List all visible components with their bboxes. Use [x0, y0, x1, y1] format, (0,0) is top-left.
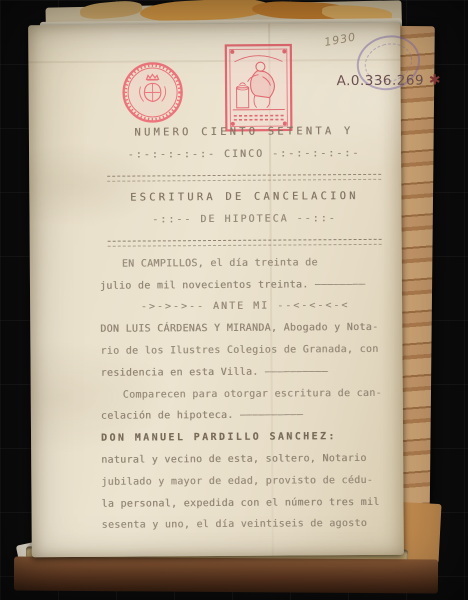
doc-number-heading: NUMERO CIENTO SETENTA Y [99, 121, 389, 145]
typed-line: jubilado y mayor de edad, provisto de cé… [101, 470, 391, 494]
crown-seal-icon [120, 60, 184, 124]
typed-line: la personal, expedida con el número tres… [101, 491, 391, 515]
serial-number: A.0.336.269 ✱ [336, 72, 441, 89]
typed-line: rio de los Ilustres Colegios de Granada,… [100, 339, 390, 363]
typed-line: celación de hipoteca. —————————— [101, 404, 391, 428]
typed-line: EN CAMPILLOS, el día treinta de [100, 252, 390, 276]
typed-line: Comparecen para otorgar escritura de can… [101, 382, 391, 406]
page-fold-crease [28, 59, 400, 64]
typed-line: natural y vecino de esta, soltero, Notar… [101, 448, 391, 472]
fiscal-stamp-icon [224, 43, 293, 131]
typed-rule [100, 230, 390, 254]
typed-line: residencia en esta Villa. —————————— [101, 361, 391, 385]
pencil-year-note: 1930 [323, 30, 357, 49]
title-escritura: ESCRITURA DE CANCELACION [99, 186, 389, 210]
serial-number-text: A.0.336.269 [336, 73, 424, 90]
star-icon: ✱ [429, 72, 441, 88]
typed-line: sesenta y uno, el día veintiseis de agos… [102, 513, 392, 537]
ante-mi-line: ->->->-- ANTE MI --<-<-<-< [100, 295, 390, 319]
doc-number-word: -:-:-:-:-:- CINCO -:-:-:-:-:- [99, 143, 389, 167]
typed-rule [99, 164, 389, 188]
party-name-line: DON MANUEL PARDILLO SANCHEZ: [101, 426, 391, 450]
ledger-bottom-edge [14, 557, 438, 594]
photograph-of-notarial-document: 1930 A.0.336.269 ✱ NUMERO CIENTO SETENTA… [0, 0, 468, 600]
typewritten-text-block: NUMERO CIENTO SETENTA Y -:-:-:-:-:- CINC… [99, 121, 392, 537]
typed-line: julio de mil novecientos treinta. ——————… [100, 273, 390, 297]
title-hipoteca: -::-- DE HIPOTECA --::- [99, 208, 389, 232]
document-page: 1930 A.0.336.269 ✱ NUMERO CIENTO SETENTA… [28, 23, 404, 558]
notary-name-line: DON LUIS CÁRDENAS Y MIRANDA, Abogado y N… [100, 317, 390, 341]
